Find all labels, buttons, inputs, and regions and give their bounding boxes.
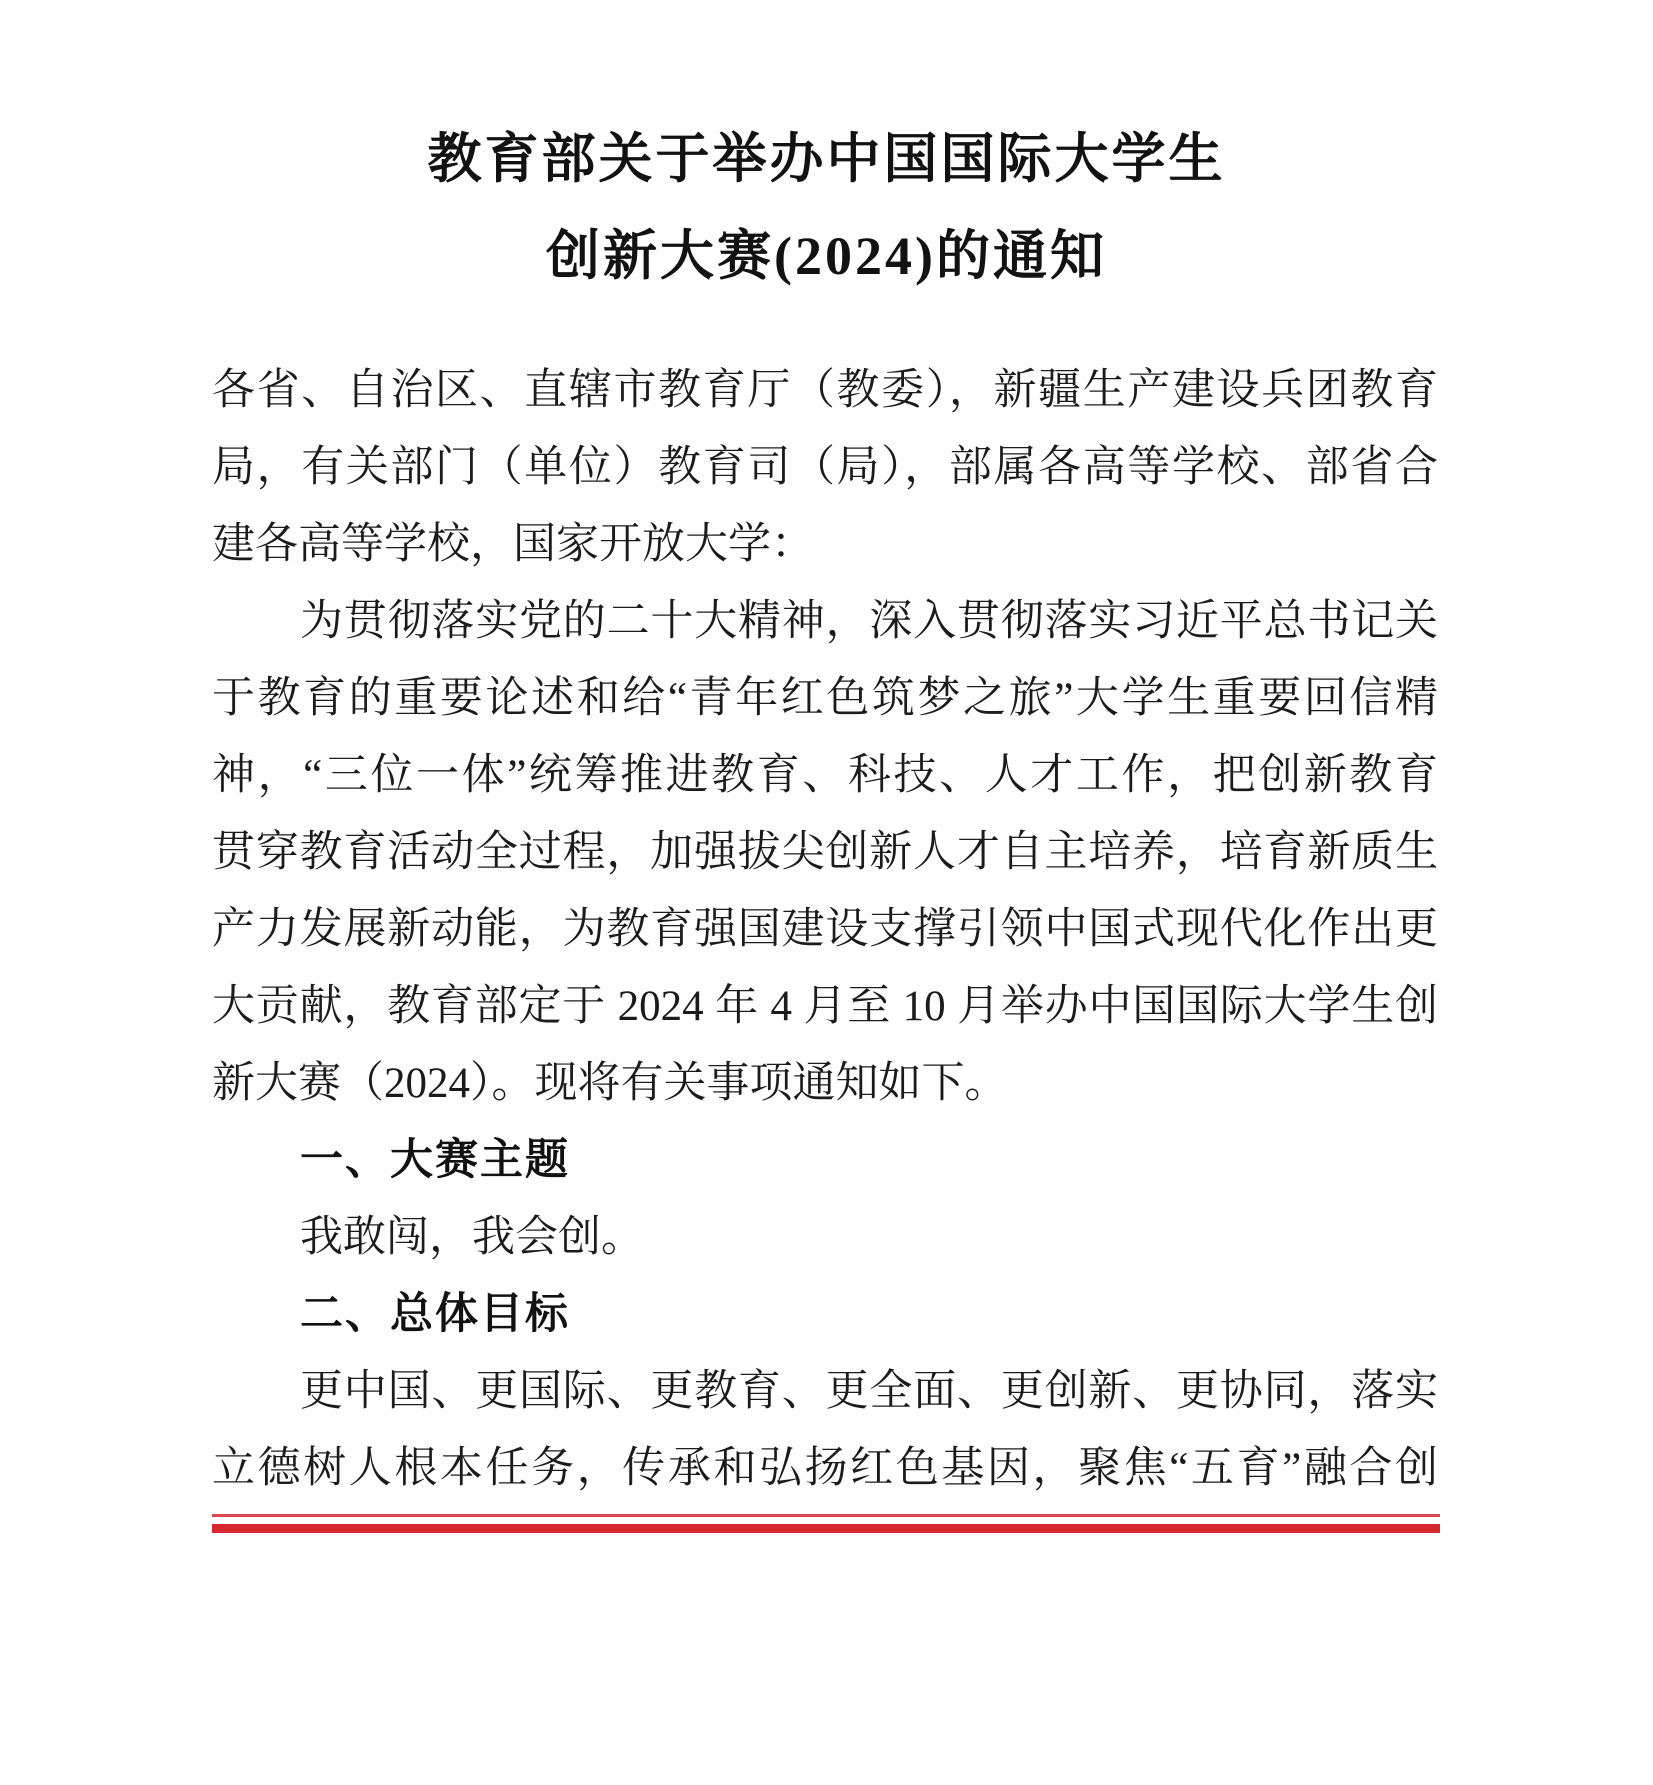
body-line: 为贯彻落实党的二十大精神，深入贯彻落实习近平总书记关 bbox=[212, 583, 1438, 660]
body-line: 产力发展新动能，为教育强国建设支撑引领中国式现代化作出更 bbox=[212, 891, 1438, 968]
section-heading-2: 二、总体目标 bbox=[212, 1276, 1438, 1353]
red-divider-thick-rule bbox=[212, 1524, 1440, 1533]
document-body: 各省、自治区、直辖市教育厅（教委），新疆生产建设兵团教育 局，有关部门（单位）教… bbox=[212, 352, 1438, 1507]
red-divider-thin-rule bbox=[212, 1514, 1440, 1517]
body-line: 神，“三位一体”统筹推进教育、科技、人才工作，把创新教育 bbox=[212, 737, 1438, 814]
body-line: 我敢闯，我会创。 bbox=[212, 1199, 1438, 1276]
body-line: 建各高等学校，国家开放大学： bbox=[212, 506, 1438, 583]
body-line: 贯穿教育活动全过程，加强拔尖创新人才自主培养，培育新质生 bbox=[212, 814, 1438, 891]
body-line: 各省、自治区、直辖市教育厅（教委），新疆生产建设兵团教育 bbox=[212, 352, 1438, 429]
section-heading-1: 一、大赛主题 bbox=[212, 1122, 1438, 1199]
notice-document-page: 教育部关于举办中国国际大学生 创新大赛(2024)的通知 各省、自治区、直辖市教… bbox=[0, 0, 1653, 1785]
body-line: 于教育的重要论述和给“青年红色筑梦之旅”大学生重要回信精 bbox=[212, 660, 1438, 737]
body-line: 大贡献，教育部定于 2024 年 4 月至 10 月举办中国国际大学生创 bbox=[212, 968, 1438, 1045]
document-title-line-1: 教育部关于举办中国国际大学生 bbox=[0, 111, 1653, 208]
body-line: 更中国、更国际、更教育、更全面、更创新、更协同，落实 bbox=[212, 1353, 1438, 1430]
document-title-line-2: 创新大赛(2024)的通知 bbox=[0, 208, 1653, 305]
body-line: 立德树人根本任务，传承和弘扬红色基因，聚焦“五育”融合创 bbox=[212, 1430, 1438, 1507]
document-title: 教育部关于举办中国国际大学生 创新大赛(2024)的通知 bbox=[0, 111, 1653, 305]
body-line: 新大赛（2024）。现将有关事项通知如下。 bbox=[212, 1045, 1438, 1122]
body-line: 局，有关部门（单位）教育司（局），部属各高等学校、部省合 bbox=[212, 429, 1438, 506]
